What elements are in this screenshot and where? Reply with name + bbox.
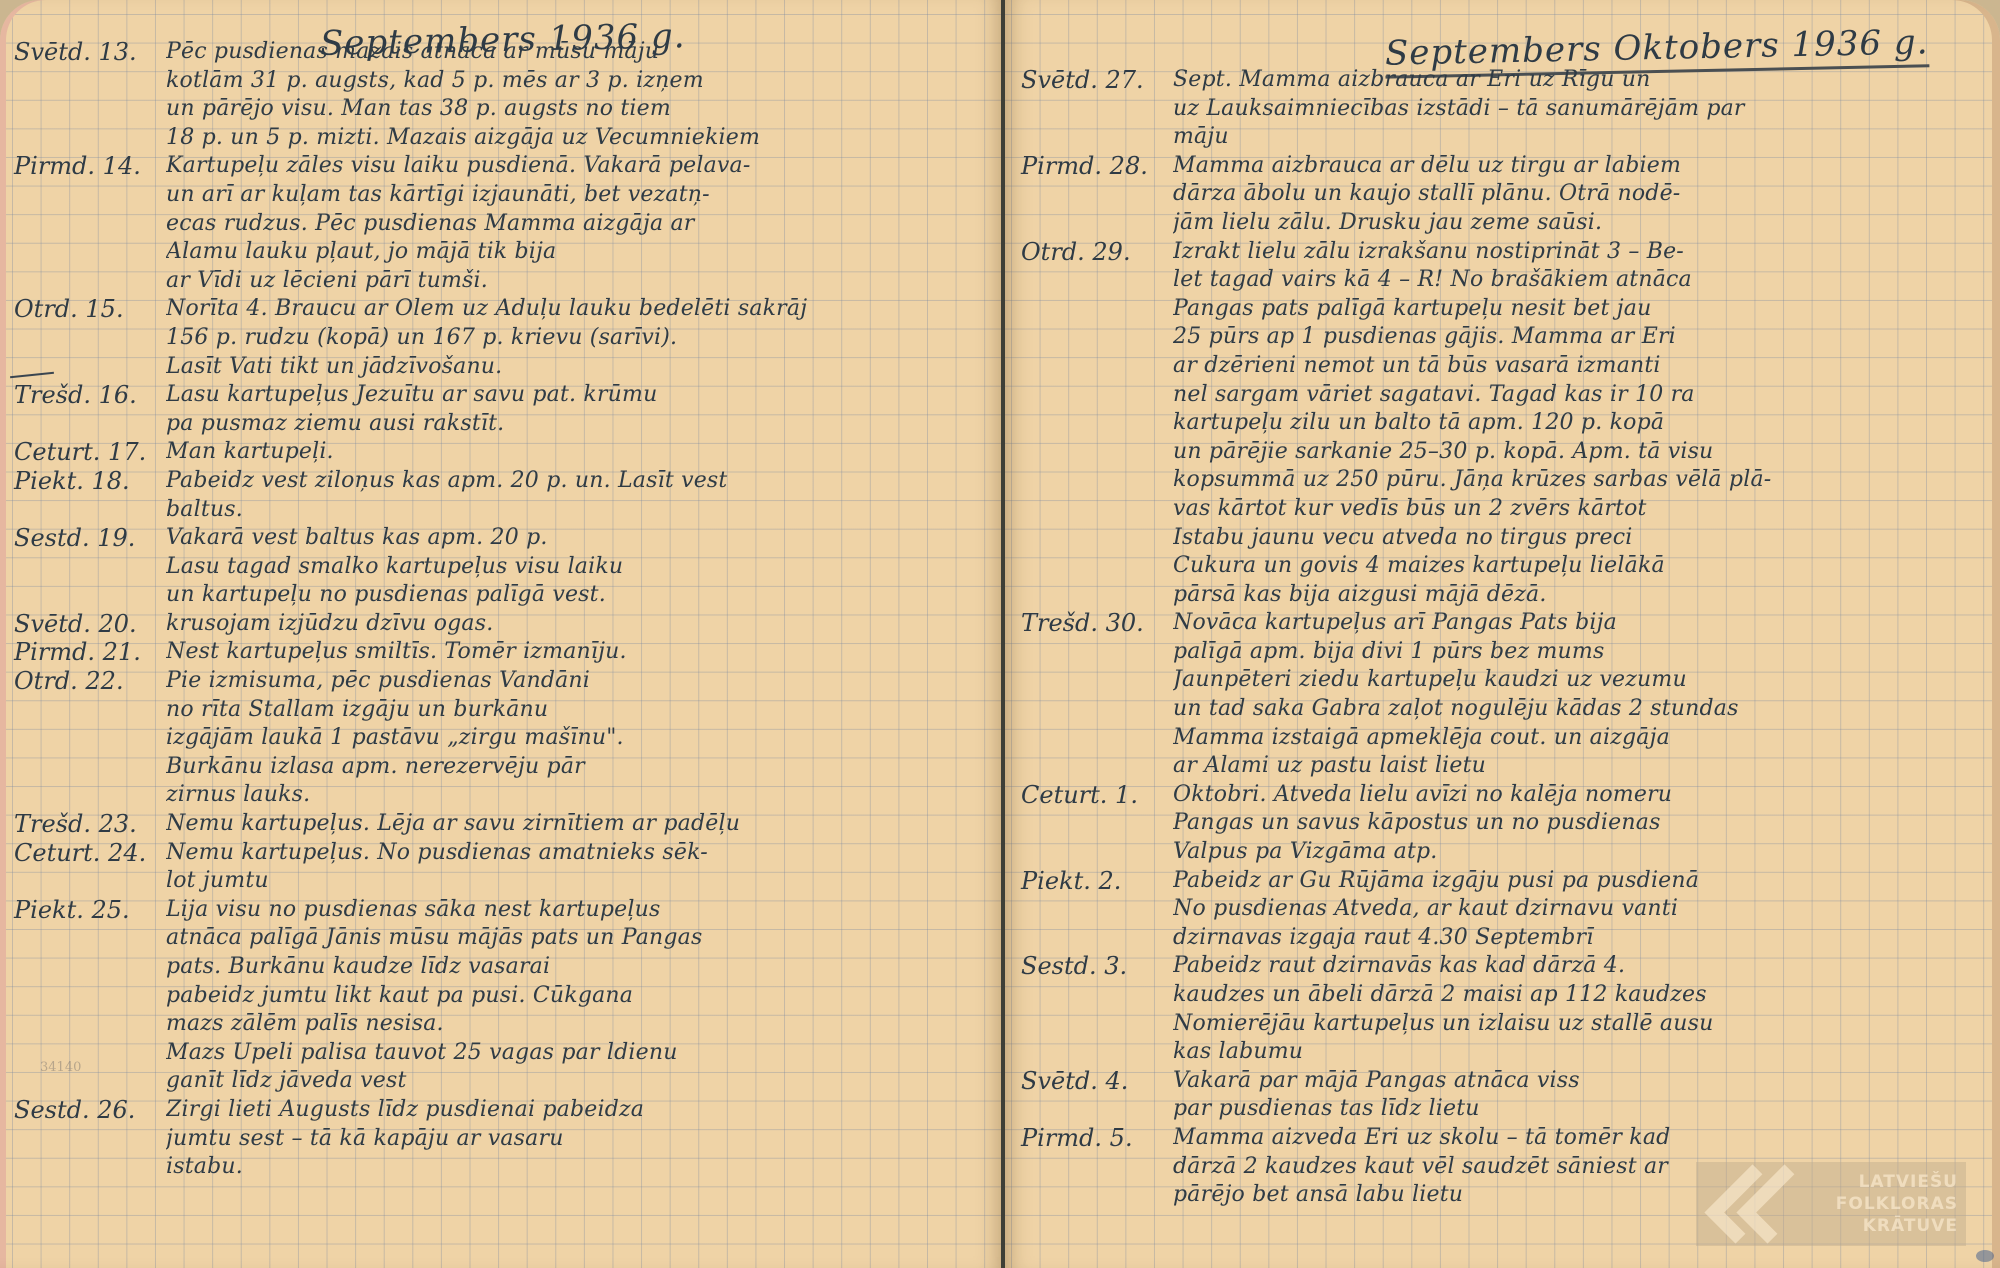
entry-line: Pabeidz raut dzirnavās kas kad dārzā 4. [1173, 952, 1991, 981]
entry-line: uz Lauksaimniecības izstādi – tā sanumār… [1173, 95, 1991, 124]
entry-line: let tagad vairs kā 4 – R! No brašākiem a… [1173, 266, 1991, 295]
right-page: Septembers Oktobers 1936 g. Svētd. 27.Se… [1005, 0, 2000, 1268]
entry-date: Pirmd. 14. [14, 152, 166, 181]
entry-line: izgājām laukā 1 pastāvu „zirgu mašīnu". [166, 724, 994, 753]
left-page-entries: Svētd. 13.Pēc pusdienas mazais atnāca ar… [14, 38, 994, 1182]
diary-entry: Trešd. 16.Lasu kartupeļus Jezuītu ar sav… [14, 381, 994, 438]
entry-text: Nemu kartupeļus. Lēja ar savu zirnītiem … [166, 810, 994, 839]
entry-text: Lija visu no pusdienas sāka nest kartupe… [166, 896, 994, 1039]
entry-text: Norīta 4. Braucu ar Olem uz Aduļu lauku … [166, 295, 994, 381]
entry-date: Piekt. 25. [14, 896, 166, 925]
entry-line: ar Vīdi uz lēcieni pārī tumši. [166, 267, 994, 296]
diary-entry: Otrd. 22.Pie izmisuma, pēc pusdienas Van… [14, 667, 994, 810]
entry-line: Man kartupeļi. [166, 438, 994, 467]
entry-line: Istabu jaunu vecu atveda no tirgus preci [1173, 524, 1991, 553]
entry-text: Nest kartupeļus smiltīs. Tomēr izmanīju. [166, 638, 994, 667]
entry-line: 18 p. un 5 p. mizti. Mazais aizgāja uz V… [166, 124, 994, 153]
watermark-text: LATVIEŠU FOLKLORAS KRĀTUVE [1806, 1171, 1966, 1237]
entry-date: Trešd. 23. [14, 810, 166, 839]
watermark-line: FOLKLORAS [1806, 1193, 1958, 1215]
entry-date: Otrd. 29. [1021, 238, 1173, 267]
entry-line: Cukura un govis 4 maizes kartupeļu lielā… [1173, 552, 1991, 581]
entry-text: krusojam izjūdzu dzīvu ogas. [166, 610, 994, 639]
diary-entry: Pirmd. 21.Nest kartupeļus smiltīs. Tomēr… [14, 638, 994, 667]
entry-line: Mamma aizveda Eri uz skolu – tā tomēr ka… [1173, 1124, 1991, 1153]
entry-text: Pie izmisuma, pēc pusdienas Vandānino rī… [166, 667, 994, 810]
entry-text: Kartupeļu zāles visu laiku pusdienā. Vak… [166, 152, 994, 295]
diary-entry: Ceturt. 1.Oktobri. Atveda lielu avīzi no… [1021, 781, 1991, 867]
entry-line: Pabeidz ar Gu Rūjāma izgāju pusi pa pusd… [1173, 867, 1991, 896]
page-edge-stain [1976, 1250, 1994, 1262]
entry-text: Vakarā par mājā Pangas atnāca visspar pu… [1173, 1067, 1991, 1124]
diary-entry: Otrd. 29.Izrakt lielu zālu izrakšanu nos… [1021, 238, 1991, 610]
entry-date: Otrd. 22. [14, 667, 166, 696]
entry-text: Sept. Mamma aizbrauca ar Eri uz Rīgu unu… [1173, 66, 1991, 152]
margin-note: 34140 [40, 1060, 81, 1075]
entry-line: jām lielu zālu. Drusku jau zeme saūsi. [1173, 209, 1991, 238]
entry-line: un kartupeļu no pusdienas palīgā vest. [166, 581, 994, 610]
entry-text: Pēc pusdienas mazais atnāca ar mūsu māju… [166, 38, 994, 152]
entry-line: atnāca palīgā Jānis mūsu mājās pats un P… [166, 924, 994, 953]
entry-line: Mamma izstaigā apmeklēja cout. un aizgāj… [1173, 724, 1991, 753]
diary-entry: Trešd. 23.Nemu kartupeļus. Lēja ar savu … [14, 810, 994, 839]
entry-text: Pabeidz vest ziloņus kas apm. 20 p. un. … [166, 467, 994, 524]
diary-entry: Trešd. 30.Novāca kartupeļus arī Pangas P… [1021, 609, 1991, 781]
entry-text: Nemu kartupeļus. No pusdienas amatnieks … [166, 839, 994, 896]
entry-line: Nemu kartupeļus. Lēja ar savu zirnītiem … [166, 810, 994, 839]
entry-line: Izrakt lielu zālu izrakšanu nostiprināt … [1173, 238, 1991, 267]
diary-entry: Pirmd. 14.Kartupeļu zāles visu laiku pus… [14, 152, 994, 295]
entry-line: Zirgi lieti Augusts līdz pusdienai pabei… [166, 1096, 994, 1125]
entry-line: ar dzērieni nemot un tā būs vasarā izman… [1173, 352, 1991, 381]
entry-line: vas kārtot kur vedīs būs un 2 zvērs kārt… [1173, 495, 1991, 524]
entry-date: Pirmd. 28. [1021, 152, 1173, 181]
entry-date: Svētd. 20. [14, 610, 166, 639]
entry-line: Lasīt Vati tikt un jādzīvošanu. [166, 353, 994, 382]
entry-line: māju [1173, 123, 1991, 152]
entry-date: Sestd. 19. [14, 524, 166, 553]
entry-line: Jaunpēteri ziedu kartupeļu kaudzi uz vez… [1173, 666, 1991, 695]
lfk-logo-icon [1696, 1162, 1806, 1246]
entry-line: un arī ar kuļam tas kārtīgi izjaunāti, b… [166, 181, 994, 210]
entry-date: Svētd. 13. [14, 38, 166, 67]
diary-entry: Ceturt. 17.Man kartupeļi. [14, 438, 994, 467]
entry-text: Man kartupeļi. [166, 438, 994, 467]
entry-line: Vakarā vest baltus kas apm. 20 p. [166, 524, 994, 553]
entry-line: 156 p. rudzu (kopā) un 167 p. krievu (sa… [166, 324, 994, 353]
entry-line: mazs zālēm palīs nesisa. [166, 1010, 994, 1039]
entry-date: Trešd. 16. [14, 381, 166, 410]
entry-date: Ceturt. 24. [14, 839, 166, 868]
entry-text: Izrakt lielu zālu izrakšanu nostiprināt … [1173, 238, 1991, 610]
entry-line: kaudzes un ābeli dārzā 2 maisi ap 112 ka… [1173, 981, 1991, 1010]
entry-line: Vakarā par mājā Pangas atnāca viss [1173, 1067, 1991, 1096]
diary-entry: Piekt. 2.Pabeidz ar Gu Rūjāma izgāju pus… [1021, 867, 1991, 953]
entry-line: Mazs Upeli palisa tauvot 25 vagas par ld… [166, 1039, 994, 1068]
diary-entry: Svētd. 20.krusojam izjūdzu dzīvu ogas. [14, 610, 994, 639]
entry-line: pa pusmaz ziemu ausi rakstīt. [166, 410, 994, 439]
entry-date: Otrd. 15. [14, 295, 166, 324]
diary-entry: Pirmd. 28.Mamma aizbrauca ar dēlu uz tir… [1021, 152, 1991, 238]
archive-watermark: LATVIEŠU FOLKLORAS KRĀTUVE [1696, 1162, 1966, 1246]
entry-line: Norīta 4. Braucu ar Olem uz Aduļu lauku … [166, 295, 994, 324]
entry-line: un tad saka Gabra zaļot nogulēju kādas 2… [1173, 695, 1991, 724]
entry-line: No pusdienas Atveda, ar kaut dzirnavu va… [1173, 895, 1991, 924]
entry-text: Zirgi lieti Augusts līdz pusdienai pabei… [166, 1096, 994, 1182]
entry-line: Pie izmisuma, pēc pusdienas Vandāni [166, 667, 994, 696]
entry-line: ar Alami uz pastu laist lietu [1173, 752, 1991, 781]
entry-line: kas labumu [1173, 1038, 1991, 1067]
entry-line: krusojam izjūdzu dzīvu ogas. [166, 610, 994, 639]
entry-line: palīgā apm. bija divi 1 pūrs bez mums [1173, 638, 1991, 667]
entry-line: Nemu kartupeļus. No pusdienas amatnieks … [166, 839, 994, 868]
entry-line: kartupeļu zilu un balto tā apm. 120 p. k… [1173, 409, 1991, 438]
entry-text: Pabeidz ar Gu Rūjāma izgāju pusi pa pusd… [1173, 867, 1991, 953]
entry-line: Pabeidz vest ziloņus kas apm. 20 p. un. … [166, 467, 994, 496]
diary-entry: Piekt. 18.Pabeidz vest ziloņus kas apm. … [14, 467, 994, 524]
right-page-entries: Svētd. 27.Sept. Mamma aizbrauca ar Eri u… [1021, 66, 1991, 1210]
entry-line: no rīta Stallam izgāju un burkānu [166, 696, 994, 725]
entry-date: Ceturt. 1. [1021, 781, 1173, 810]
diary-entry: Mazs Upeli palisa tauvot 25 vagas par ld… [14, 1039, 994, 1096]
entry-date: Pirmd. 21. [14, 638, 166, 667]
diary-entry: Piekt. 25.Lija visu no pusdienas sāka ne… [14, 896, 994, 1039]
entry-date: Svētd. 4. [1021, 1067, 1173, 1096]
entry-text: Vakarā vest baltus kas apm. 20 p.Lasu ta… [166, 524, 994, 610]
entry-date: Piekt. 18. [14, 467, 166, 496]
entry-date: Piekt. 2. [1021, 867, 1173, 896]
entry-line: lot jumtu [166, 867, 994, 896]
entry-line: nel sargam vāriet sagatavi. Tagad kas ir… [1173, 381, 1991, 410]
entry-line: Lasu tagad smalko kartupeļus visu laiku [166, 553, 994, 582]
entry-line: Burkānu izlasa apm. nerezervēju pār [166, 753, 994, 782]
entry-line: Pangas un savus kāpostus un no pusdienas [1173, 809, 1991, 838]
entry-line: Lija visu no pusdienas sāka nest kartupe… [166, 896, 994, 925]
entry-text: Novāca kartupeļus arī Pangas Pats bijapa… [1173, 609, 1991, 781]
entry-line: par pusdienas tas līdz lietu [1173, 1095, 1991, 1124]
entry-date: Trešd. 30. [1021, 609, 1173, 638]
entry-line: ganīt līdz jāveda vest [166, 1067, 994, 1096]
entry-line: kopsummā uz 250 pūru. Jāņa krūzes sarbas… [1173, 466, 1991, 495]
entry-line: Sept. Mamma aizbrauca ar Eri uz Rīgu un [1173, 66, 1991, 95]
entry-date: Sestd. 26. [14, 1096, 166, 1125]
watermark-line: LATVIEŠU [1806, 1171, 1958, 1193]
entry-line: dārza ābolu un kaujo stallī plānu. Otrā … [1173, 180, 1991, 209]
entry-line: pabeidz jumtu likt kaut pa pusi. Cūkgana [166, 982, 994, 1011]
entry-line: baltus. [166, 496, 994, 525]
entry-line: pārsā kas bija aizgusi mājā dēzā. [1173, 581, 1991, 610]
entry-line: zirnus lauks. [166, 781, 994, 810]
notebook-spread: Septembers 1936 g. Svētd. 13.Pēc pusdien… [0, 0, 2000, 1268]
entry-line: Mamma aizbrauca ar dēlu uz tirgu ar labi… [1173, 152, 1991, 181]
entry-line: pats. Burkānu kaudze līdz vasarai [166, 953, 994, 982]
watermark-line: KRĀTUVE [1806, 1215, 1958, 1237]
diary-entry: Svētd. 27.Sept. Mamma aizbrauca ar Eri u… [1021, 66, 1991, 152]
diary-entry: Sestd. 26.Zirgi lieti Augusts līdz pusdi… [14, 1096, 994, 1182]
entry-line: Kartupeļu zāles visu laiku pusdienā. Vak… [166, 152, 994, 181]
diary-entry: Svētd. 13.Pēc pusdienas mazais atnāca ar… [14, 38, 994, 152]
entry-line: jumtu sest – tā kā kapāju ar vasaru [166, 1125, 994, 1154]
left-page: Septembers 1936 g. Svētd. 13.Pēc pusdien… [0, 0, 1003, 1268]
entry-date: Svētd. 27. [1021, 66, 1173, 95]
entry-line: Nomierējāu kartupeļus un izlaisu uz stal… [1173, 1010, 1991, 1039]
entry-line: ecas rudzus. Pēc pusdienas Mamma aizgāja… [166, 210, 994, 239]
entry-line: 25 pūrs ap 1 pusdienas gājis. Mamma ar E… [1173, 323, 1991, 352]
entry-line: Oktobri. Atveda lielu avīzi no kalēja no… [1173, 781, 1991, 810]
entry-line: un pārējie sarkanie 25–30 p. kopā. Apm. … [1173, 438, 1991, 467]
entry-line: Pangas pats palīgā kartupeļu nesit bet j… [1173, 295, 1991, 324]
entry-text: Lasu kartupeļus Jezuītu ar savu pat. krū… [166, 381, 994, 438]
entry-line: Valpus pa Vizgāma atp. [1173, 838, 1991, 867]
diary-entry: Otrd. 15.Norīta 4. Braucu ar Olem uz Adu… [14, 295, 994, 381]
entry-line: Pēc pusdienas mazais atnāca ar mūsu māju [166, 38, 994, 67]
entry-text: Oktobri. Atveda lielu avīzi no kalēja no… [1173, 781, 1991, 867]
entry-line: istabu. [166, 1153, 994, 1182]
entry-line: Nest kartupeļus smiltīs. Tomēr izmanīju. [166, 638, 994, 667]
entry-text: Mazs Upeli palisa tauvot 25 vagas par ld… [166, 1039, 994, 1096]
entry-line: dzirnavas izgaja raut 4.30 Septembrī [1173, 924, 1991, 953]
diary-entry: Ceturt. 24.Nemu kartupeļus. No pusdienas… [14, 839, 994, 896]
diary-entry: Svētd. 4.Vakarā par mājā Pangas atnāca v… [1021, 1067, 1991, 1124]
entry-line: kotlām 31 p. augsts, kad 5 p. mēs ar 3 p… [166, 67, 994, 96]
entry-text: Mamma aizbrauca ar dēlu uz tirgu ar labi… [1173, 152, 1991, 238]
diary-entry: Sestd. 19.Vakarā vest baltus kas apm. 20… [14, 524, 994, 610]
entry-line: Lasu kartupeļus Jezuītu ar savu pat. krū… [166, 381, 994, 410]
diary-entry: Sestd. 3.Pabeidz raut dzirnavās kas kad … [1021, 952, 1991, 1066]
entry-date: Pirmd. 5. [1021, 1124, 1173, 1153]
entry-line: Alamu lauku pļaut, jo mājā tik bija [166, 238, 994, 267]
entry-text: Pabeidz raut dzirnavās kas kad dārzā 4.k… [1173, 952, 1991, 1066]
entry-date: Sestd. 3. [1021, 952, 1173, 981]
entry-line: un pārējo visu. Man tas 38 p. augsts no … [166, 95, 994, 124]
entry-line: Novāca kartupeļus arī Pangas Pats bija [1173, 609, 1991, 638]
entry-date: Ceturt. 17. [14, 438, 166, 467]
